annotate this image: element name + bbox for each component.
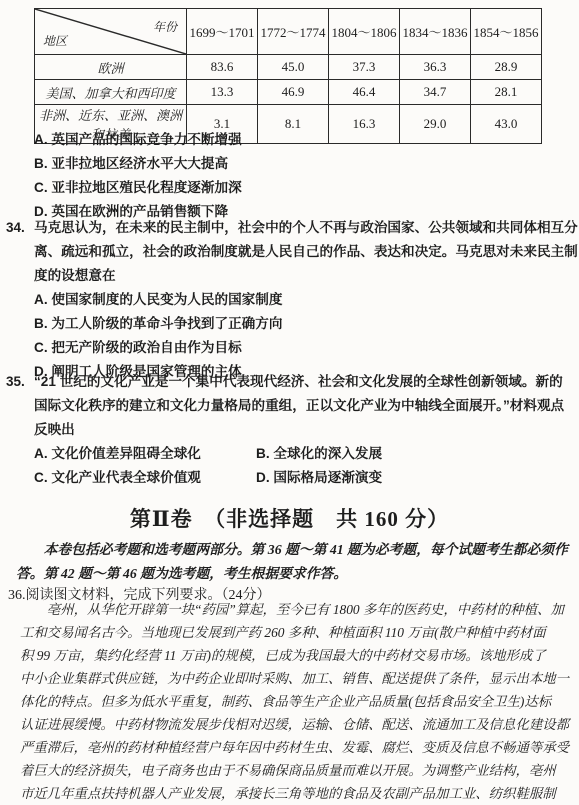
column-header: 1854～1856 bbox=[471, 9, 542, 55]
option-line-c: C. 文化产业代表全球价值观 bbox=[34, 466, 256, 490]
trade-share-table: 年份 地区 1699～1701 1772～1774 1804～1806 1834… bbox=[34, 8, 542, 144]
corner-label-year: 年份 bbox=[153, 18, 177, 35]
table-row: 欧洲 83.6 45.0 37.3 36.3 28.9 bbox=[35, 55, 542, 80]
data-cell: 83.6 bbox=[187, 55, 258, 80]
option-line-b: B. 全球化的深入发展 bbox=[256, 442, 382, 466]
option-line-d: D. 国际格局逐渐演变 bbox=[256, 466, 382, 490]
column-header: 1699～1701 bbox=[187, 9, 258, 55]
column-header: 1834～1836 bbox=[400, 9, 471, 55]
data-cell: 46.4 bbox=[329, 80, 400, 105]
question-34: 34. 马克思认为，在未来的民主制中，社会中的个人不再与政治国家、公共领域和共同… bbox=[6, 216, 572, 384]
option-line-b: B. 亚非拉地区经济水平大大提高 bbox=[34, 152, 242, 176]
table-corner-cell: 年份 地区 bbox=[35, 9, 187, 55]
option-line-c: C. 亚非拉地区殖民化程度逐渐加深 bbox=[34, 176, 242, 200]
data-cell: 36.3 bbox=[400, 55, 471, 80]
data-cell: 34.7 bbox=[400, 80, 471, 105]
question-stem: 马克思认为，在未来的民主制中，社会中的个人不再与政治国家、公共领域和共同体相互分… bbox=[34, 216, 578, 288]
column-header: 1804～1806 bbox=[329, 9, 400, 55]
data-cell: 46.9 bbox=[258, 80, 329, 105]
data-cell: 13.3 bbox=[187, 80, 258, 105]
data-cell: 43.0 bbox=[471, 105, 542, 144]
table-row: 美国、加拿大和西印度 13.3 46.9 46.4 34.7 28.1 bbox=[35, 80, 542, 105]
table-header-row: 年份 地区 1699～1701 1772～1774 1804～1806 1834… bbox=[35, 9, 542, 55]
data-cell: 16.3 bbox=[329, 105, 400, 144]
data-cell: 37.3 bbox=[329, 55, 400, 80]
section-2-instructions: 本卷包括必考题和选考题两部分。第 36 题～第 41 题为必考题，每个试题考生都… bbox=[16, 538, 564, 586]
data-cell: 45.0 bbox=[258, 55, 329, 80]
question-33-options: A. 英国产品的国际竞争力不断增强 B. 亚非拉地区经济水平大大提高 C. 亚非… bbox=[34, 128, 242, 224]
option-line-a: A. 文化价值差异阻碍全球化 bbox=[34, 442, 256, 466]
corner-label-region: 地区 bbox=[43, 32, 67, 49]
option-line-b: B. 为工人阶级的革命斗争找到了正确方向 bbox=[34, 312, 578, 336]
option-line-c: C. 把无产阶级的政治自由作为目标 bbox=[34, 336, 578, 360]
data-cell: 8.1 bbox=[258, 105, 329, 144]
option-line-a: A. 英国产品的国际竞争力不断增强 bbox=[34, 128, 242, 152]
question-number: 34. bbox=[6, 216, 34, 240]
column-header: 1772～1774 bbox=[258, 9, 329, 55]
exam-page: 年份 地区 1699～1701 1772～1774 1804～1806 1834… bbox=[0, 0, 579, 805]
row-label: 欧洲 bbox=[35, 55, 187, 80]
question-number: 35. bbox=[6, 370, 34, 394]
question-36-material: 亳州，从华佗开辟第一块“药园”算起，至今已有 1800 多年的医药史，中药材的种… bbox=[20, 598, 568, 805]
data-cell: 29.0 bbox=[400, 105, 471, 144]
row-label: 美国、加拿大和西印度 bbox=[35, 80, 187, 105]
section-2-title: 第Ⅱ卷 （非选择题 共 160 分） bbox=[0, 503, 579, 533]
data-cell: 28.9 bbox=[471, 55, 542, 80]
question-stem: “21 世纪的文化产业是一个集中代表现代经济、社会和文化发展的全球性创新领域。新… bbox=[34, 370, 572, 442]
data-cell: 28.1 bbox=[471, 80, 542, 105]
option-line-a: A. 使国家制度的人民变为人民的国家制度 bbox=[34, 288, 578, 312]
question-35: 35. “21 世纪的文化产业是一个集中代表现代经济、社会和文化发展的全球性创新… bbox=[6, 370, 572, 490]
